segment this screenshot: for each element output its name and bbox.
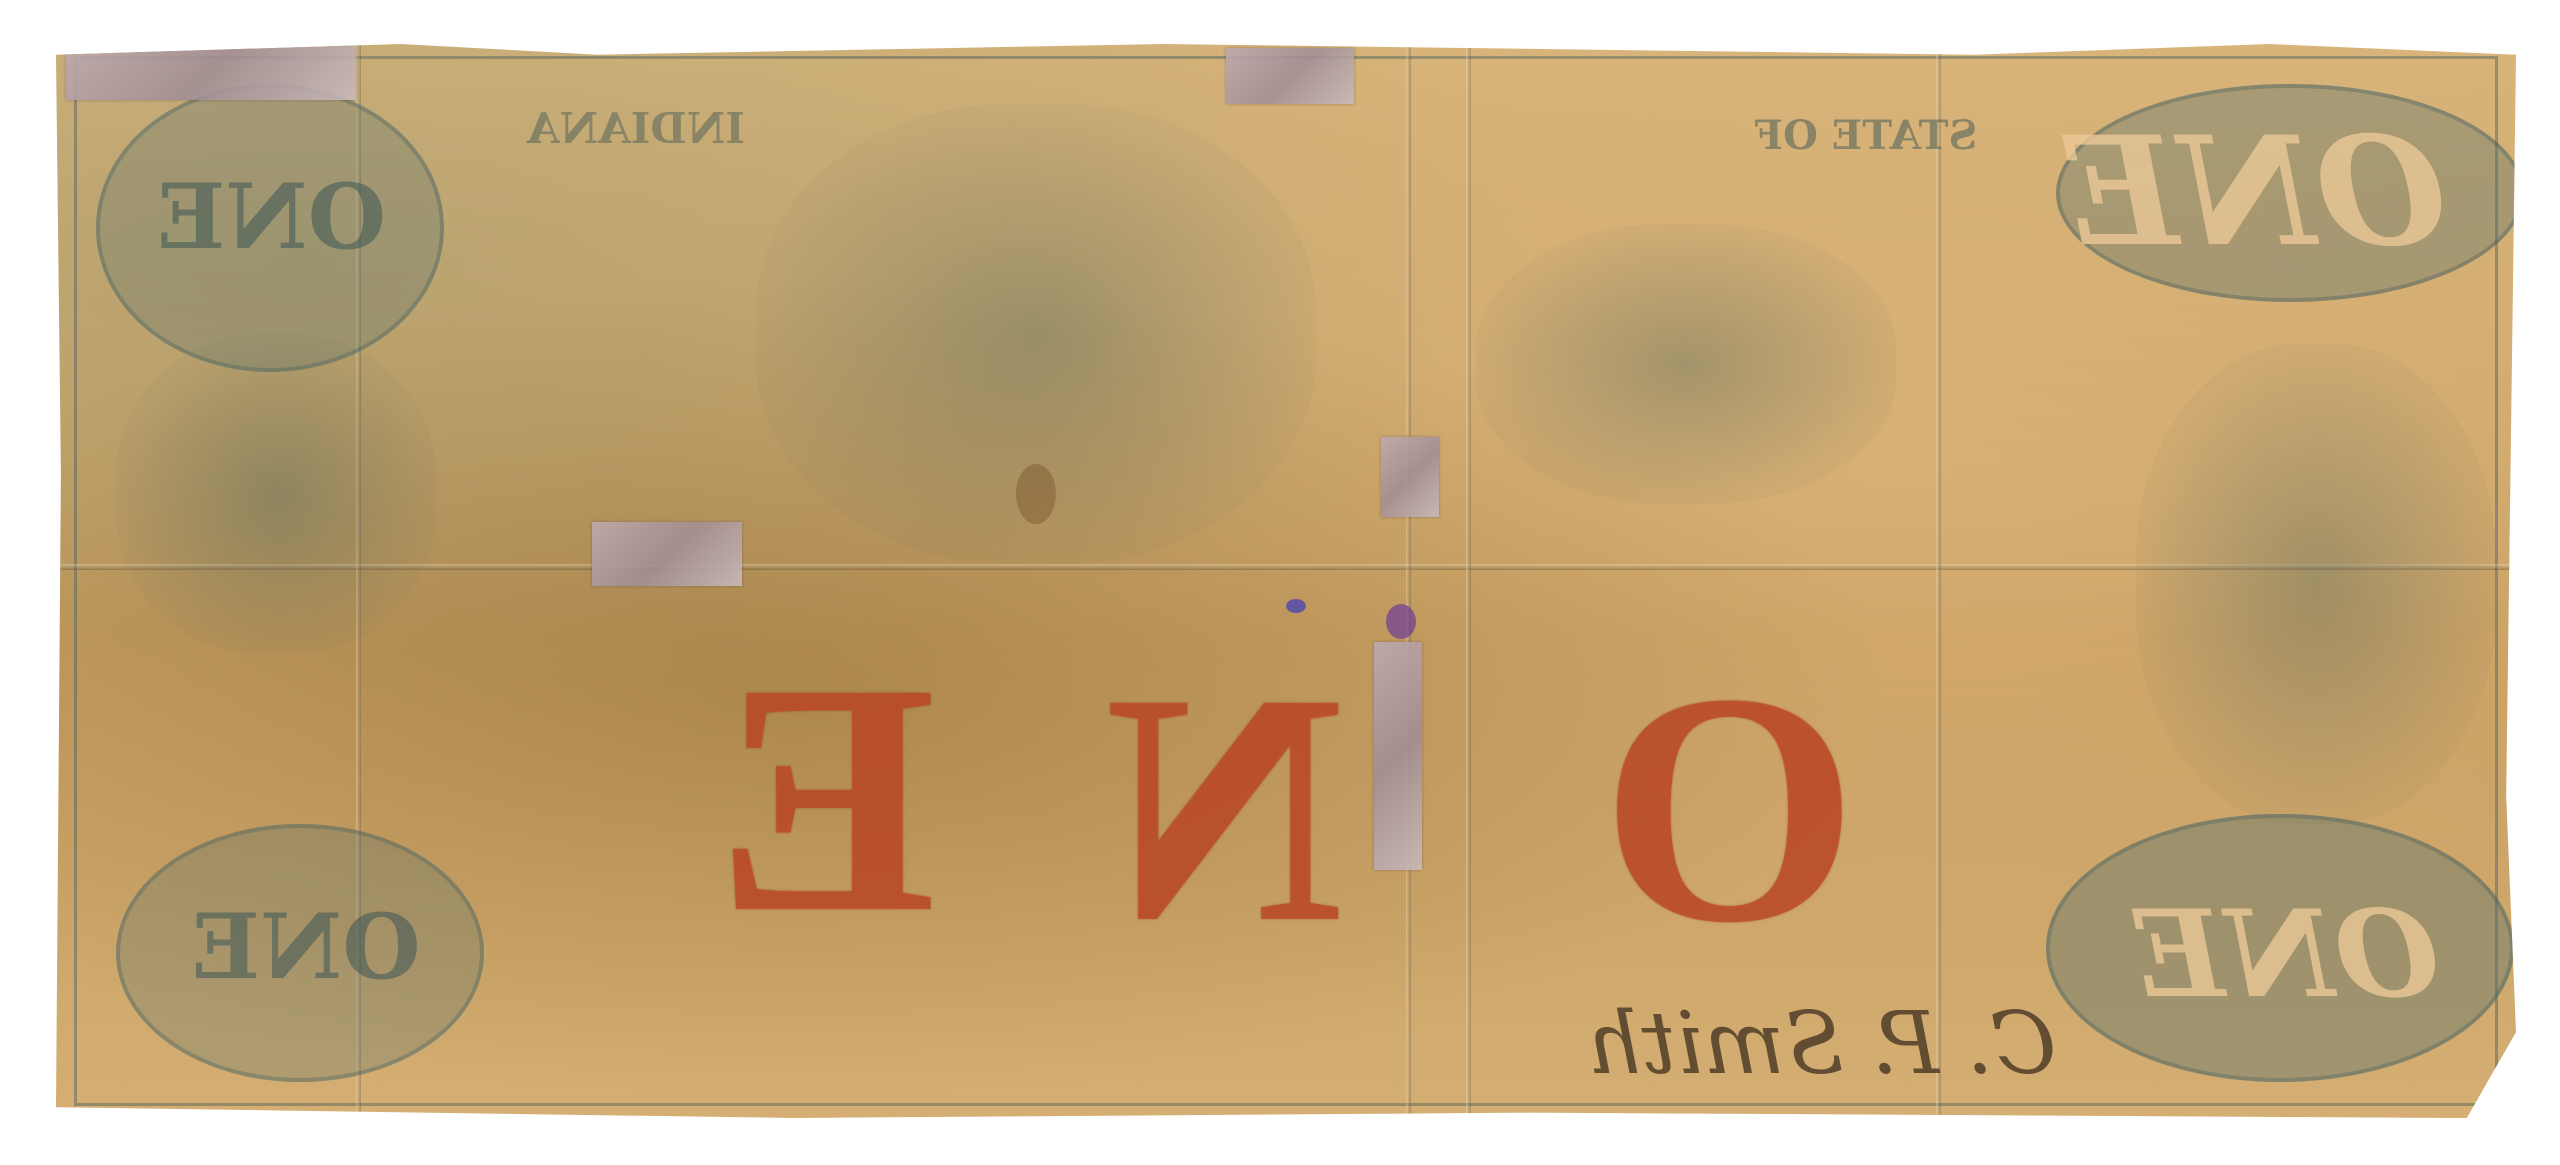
vertical-fold-center — [1406, 44, 1411, 1118]
portrait-vignette — [2136, 344, 2496, 824]
left-vignette — [116, 334, 436, 654]
state-name-text: INDIANA — [496, 104, 776, 153]
tape-repair-center-left — [592, 522, 742, 586]
vertical-fold-right — [1936, 44, 1941, 1118]
tape-repair-vertical — [1374, 642, 1422, 870]
state-of-text: STATE OF — [1736, 112, 1996, 159]
vertical-fold-center2 — [1466, 44, 1471, 1118]
counter-one-top-right: ONE — [2126, 104, 2446, 280]
stain — [1016, 464, 1056, 524]
signature: C. P. Smith — [1586, 994, 2056, 1094]
tape-repair-top-left — [66, 40, 356, 100]
tape-repair-center — [1381, 437, 1439, 517]
overprint-letter-e: E — [716, 634, 936, 964]
overprint-letter-o: O — [1601, 644, 1858, 974]
counter-one-bottom-left: ONE — [186, 894, 426, 1000]
banknote: ONE ONE INDIANA STATE OF ONE ONE E N O C… — [56, 44, 2516, 1118]
ink-spot — [1286, 599, 1306, 613]
overprint-letter-n: N — [1106, 644, 1344, 974]
ink-spot — [1386, 604, 1416, 639]
tape-repair-top-center — [1226, 48, 1354, 104]
ship-vignette — [1476, 224, 1896, 504]
counter-one-top-left: ONE — [166, 164, 386, 270]
counter-one-bottom-right: ONE — [2126, 884, 2446, 1025]
